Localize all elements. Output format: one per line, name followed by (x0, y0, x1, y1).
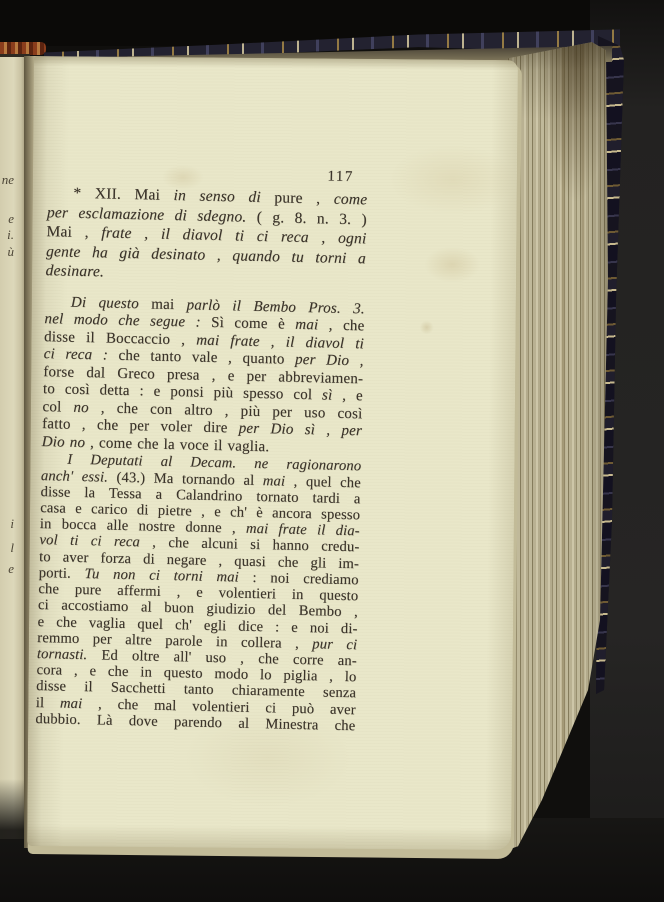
roman-text: mai (151, 296, 187, 313)
italic-text: tornasti. (37, 646, 102, 663)
paragraph: I Deputati al Decam. ne ragionaronoanch'… (35, 452, 361, 735)
roman-text: Mai , (46, 223, 101, 241)
italic-text: mai (263, 473, 286, 490)
paragraph: * XII. Mai in senso di pure , comeper es… (45, 183, 367, 288)
paragraph: Di questo mai parlò il Bembo Pros. 3.nel… (42, 294, 365, 459)
italic-text: per Dio , (295, 352, 364, 370)
roman-text: che tanto vale , quanto (118, 348, 295, 368)
italic-text: nel modo che segue : (44, 312, 211, 332)
italic-text: desinare. (45, 262, 104, 280)
italic-text: parlò il Bembo Pros. 3. (186, 297, 365, 317)
roman-text: pure , (274, 189, 334, 207)
margin-fragment: i. (0, 227, 14, 243)
italic-text: sì (322, 388, 333, 404)
roman-text: * XII. Mai (73, 185, 174, 204)
roman-text: ( g. 8. n. 3. ) (257, 208, 367, 227)
roman-text: col (42, 399, 73, 416)
italic-text: mai frate , il diavol ti (196, 333, 364, 353)
roman-text: , quel che (285, 473, 361, 491)
italic-text: no (73, 400, 89, 416)
roman-text: Sì come è (211, 315, 295, 333)
italic-text: mai (295, 317, 318, 334)
italic-text: ci reca : (44, 347, 119, 365)
margin-fragment: e (0, 561, 14, 577)
italic-text: come (334, 191, 368, 209)
roman-text: disse il Boccaccio , (44, 329, 196, 348)
roman-text: il (36, 695, 61, 712)
italic-text: vol ti ci reca (39, 533, 140, 551)
italic-text: anch' essi. (41, 468, 117, 486)
italic-text: Di questo (71, 295, 152, 313)
text-block: 117 * XII. Mai in senso di pure , comepe… (35, 162, 368, 734)
margin-fragment: ne (0, 172, 14, 188)
roman-text: , e (332, 388, 363, 405)
book-page: 117 * XII. Mai in senso di pure , comepe… (27, 56, 518, 850)
italic-text: Dio no (42, 434, 86, 451)
margin-fragment: e (0, 211, 14, 227)
roman-text: , che (318, 318, 364, 335)
roman-text: porti. (39, 565, 85, 582)
margin-fragment: ù (0, 244, 14, 260)
italic-text: per Dio sì , per (239, 421, 363, 440)
margin-fragment: l (0, 540, 14, 556)
italic-text: mai (60, 695, 83, 712)
page-text: * XII. Mai in senso di pure , comeper es… (35, 183, 367, 734)
margin-fragment: i (0, 516, 14, 532)
book-photo: neei.ùile 117 * XII. Mai in senso di pur… (0, 0, 664, 902)
italic-text: pur ci (312, 636, 357, 653)
italic-text: in senso di (173, 187, 274, 206)
